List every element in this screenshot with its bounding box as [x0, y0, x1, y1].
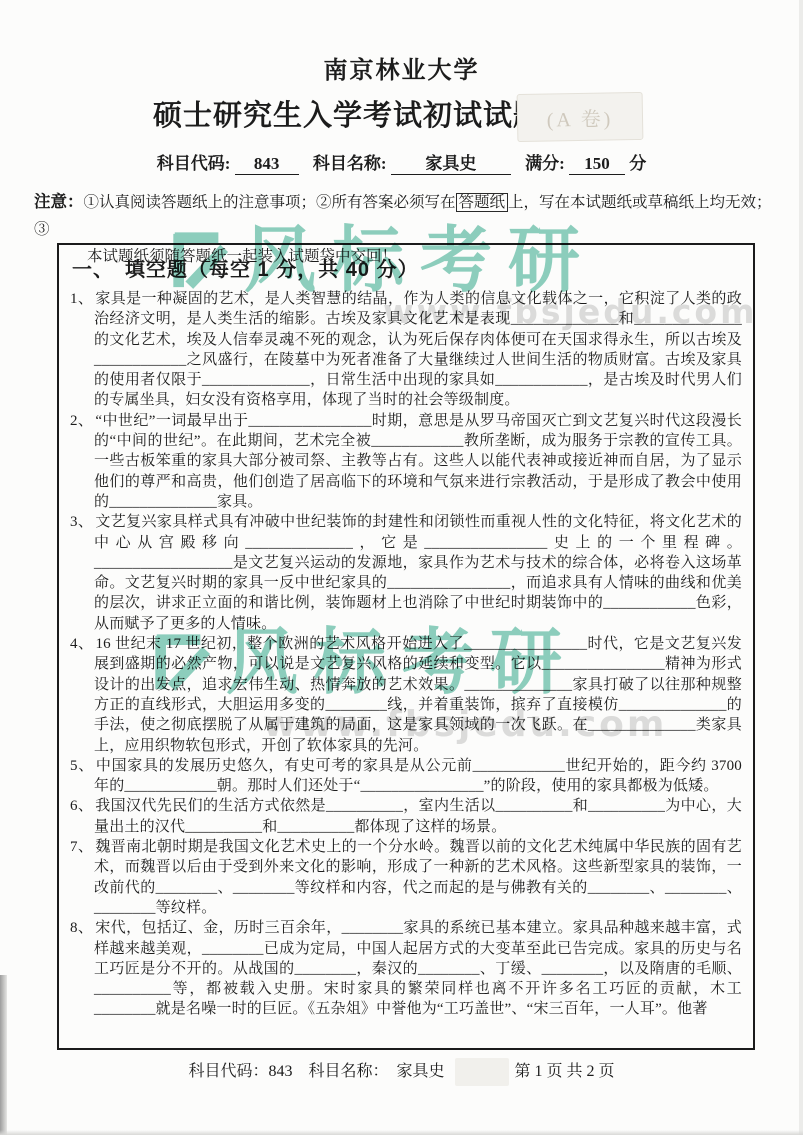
question-text: 16 世纪末 17 世纪初，整个欧洲的艺术风格开始进入了____________… — [94, 636, 742, 753]
notice-text-1: ①认真阅读答题纸上的注意事项；②所有答案必须写在 — [84, 194, 456, 211]
subject-name-value: 家具史 — [391, 149, 511, 175]
footer-page-info: 第 1 页 共 2 页 — [515, 1063, 615, 1080]
question-text: “中世纪”一词最早出于________________时期，意思是从罗马帝国灭亡… — [94, 413, 742, 510]
subject-name-label: 科目名称: — [313, 154, 387, 173]
question-number: 7、 — [70, 839, 95, 855]
full-score-label: 满分: — [525, 154, 565, 173]
subject-code-label: 科目代码: — [157, 154, 231, 173]
section-heading: 一、 填空题（每空 1 分，共 40 分） — [72, 253, 742, 282]
question-6: 6、我国汉代先民们的生活方式依然是__________，室内生活以_______… — [70, 796, 742, 837]
question-number: 2、 — [70, 413, 95, 429]
university-title: 南京林业大学 — [0, 50, 803, 85]
question-text: 魏晋南北朝时期是我国文化艺术史上的一个分水岭。魏晋以前的文化艺术纯属中华民族的固… — [94, 839, 742, 916]
question-number: 8、 — [70, 920, 95, 936]
question-number: 5、 — [70, 758, 96, 774]
question-number: 3、 — [70, 514, 95, 530]
question-text: 中国家具的发展历史悠久，有史可考的家具是从公元前____________世纪开始… — [94, 758, 742, 794]
question-7: 7、魏晋南北朝时期是我国文化艺术史上的一个分水岭。魏晋以前的文化艺术纯属中华民族… — [70, 837, 742, 918]
question-number: 1、 — [70, 291, 95, 307]
question-text: 我国汉代先民们的生活方式依然是__________，室内生活以_________… — [94, 798, 742, 834]
score-unit: 分 — [629, 154, 646, 173]
notice-boxed-term: 答题纸 — [456, 193, 509, 212]
exam-title-row: 硕士研究生入学考试初试试题 (A 卷) — [0, 93, 803, 137]
question-text: 家具是一种凝固的艺术，是人类智慧的结晶，作为人类的信息文化载体之一，它积淀了人类… — [94, 291, 742, 408]
scan-edge-right — [799, 0, 803, 1135]
question-number: 4、 — [70, 636, 95, 652]
question-text: 文艺复兴家具样式具有冲破中世纪装饰的封建性和闭锁性而重视人性的文化特征，将文化艺… — [94, 514, 742, 631]
footer-erased-mark — [455, 1058, 509, 1086]
full-score-value: 150 — [569, 154, 625, 175]
question-box: 一、 填空题（每空 1 分，共 40 分） 1、家具是一种凝固的艺术，是人类智慧… — [57, 243, 755, 1050]
scan-edge-bottom — [0, 1130, 803, 1135]
question-number: 6、 — [70, 798, 95, 814]
subject-code-value: 843 — [235, 154, 299, 175]
question-4: 4、16 世纪末 17 世纪初，整个欧洲的艺术风格开始进入了__________… — [70, 634, 742, 756]
footer-subject-info: 科目代码：843 科目名称： 家具史 — [188, 1063, 444, 1080]
question-5: 5、中国家具的发展历史悠久，有史可考的家具是从公元前____________世纪… — [70, 756, 742, 797]
question-list: 1、家具是一种凝固的艺术，是人类智慧的结晶，作为人类的信息文化载体之一，它积淀了… — [70, 289, 742, 1020]
paper-version-stamp: (A 卷) — [517, 92, 644, 142]
question-1: 1、家具是一种凝固的艺术，是人类智慧的结晶，作为人类的信息文化载体之一，它积淀了… — [70, 289, 742, 411]
scan-edge-left — [0, 975, 7, 1135]
question-8: 8、宋代，包括辽、金，历时三百余年，________家具的系统已基本建立。家具品… — [70, 918, 742, 1019]
question-text: 宋代，包括辽、金，历时三百余年，________家具的系统已基本建立。家具品种越… — [94, 920, 742, 1017]
page-footer: 科目代码：843 科目名称： 家具史第 1 页 共 2 页 — [0, 1058, 803, 1086]
notice-label: 注意： — [34, 192, 84, 211]
subject-meta-line: 科目代码: 843 科目名称: 家具史 满分: 150 分 — [0, 149, 803, 175]
question-3: 3、文艺复兴家具样式具有冲破中世纪装饰的封建性和闭锁性而重视人性的文化特征，将文… — [70, 512, 742, 634]
question-2: 2、“中世纪”一词最早出于________________时期，意思是从罗马帝国… — [70, 411, 742, 512]
